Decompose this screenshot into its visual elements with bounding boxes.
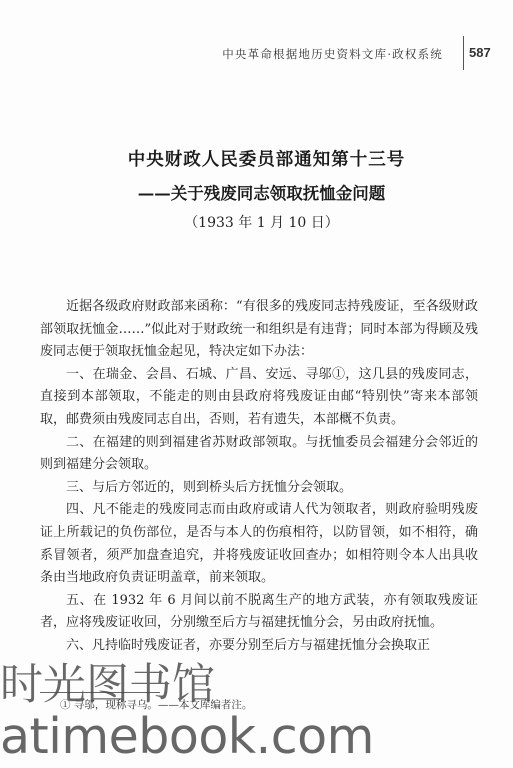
watermark-chinese: 时光图书馆 [0, 660, 215, 710]
running-title: 中央革命根据地历史资料文库·政权系统 [222, 46, 443, 62]
document-body: 近据各级政府财政部来函称：“有很多的残废同志持残废证，至各级财政部领取抚恤金……… [40, 296, 478, 658]
watermark-url: atimebook.com [0, 708, 374, 766]
title-subtitle: ——关于残废同志领取抚恤金问题 [10, 180, 513, 204]
paragraph-item-6: 六、凡持临时残废证者，亦要分别至后方与福建抚恤分会换取正 [40, 635, 478, 658]
paragraph-item-4: 四、凡不能走的残废同志而由政府或请人代为领取者，则政府验明残废证上所载记的负伤部… [40, 499, 478, 589]
paragraph-item-1: 一、在瑞金、会昌、石城、广昌、安远、寻邬①，这几县的残废同志，直接到本部领取，不… [40, 364, 478, 432]
paragraph-intro: 近据各级政府财政部来函称：“有很多的残废同志持残废证，至各级财政部领取抚恤金……… [40, 296, 478, 364]
running-header: 中央革命根据地历史资料文库·政权系统 587 [0, 44, 513, 68]
paragraph-item-2: 二、在福建的则到福建省苏财政部领取。与抚恤委员会福建分会邻近的则到福建分会领取。 [40, 432, 478, 477]
paragraph-item-5: 五、在 1932 年 6 月间以前不脱离生产的地方武装，亦有领取残废证者，应将残… [40, 590, 478, 635]
header-divider [463, 36, 464, 70]
document-title: 中央财政人民委员部通知第十三号 ——关于残废同志领取抚恤金问题 （1933 年 … [0, 146, 513, 232]
title-main: 中央财政人民委员部通知第十三号 [20, 146, 513, 171]
title-date: （1933 年 1 月 10 日） [10, 212, 513, 232]
page-number: 587 [469, 45, 491, 60]
paragraph-item-3: 三、与后方邻近的，则到桥头后方抚恤分会领取。 [40, 477, 478, 500]
